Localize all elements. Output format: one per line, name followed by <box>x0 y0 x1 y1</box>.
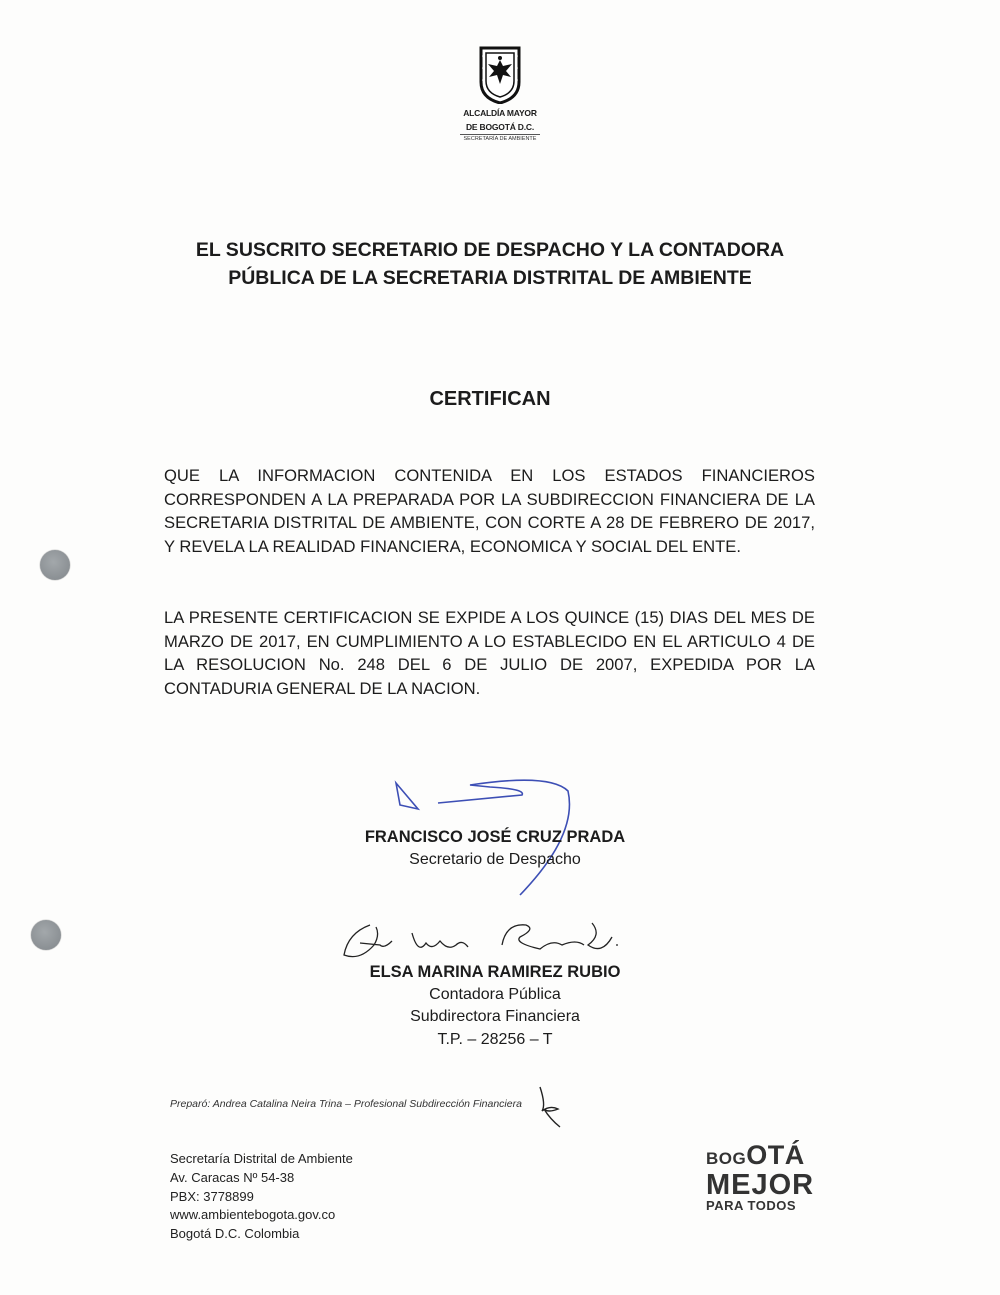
certifican-heading: CERTIFICAN <box>300 388 680 411</box>
signatory-2: ELSA MARINA RAMIREZ RUBIO Contadora Públ… <box>295 961 695 1051</box>
logo-line-3: SECRETARÍA DE AMBIENTE <box>460 134 540 142</box>
punch-hole-bottom <box>31 920 61 950</box>
paragraph-2: LA PRESENTE CERTIFICACION SE EXPIDE A LO… <box>164 606 815 700</box>
signatory-1: FRANCISCO JOSÉ CRUZ PRADA Secretario de … <box>295 826 695 871</box>
brand-small: BOG <box>706 1149 746 1168</box>
signatory-2-role: Contadora Pública <box>295 984 695 1007</box>
paragraph-1: QUE LA INFORMACION CONTENIDA EN LOS ESTA… <box>164 464 815 558</box>
prepared-by: Preparó: Andrea Catalina Neira Trina – P… <box>170 1098 522 1110</box>
signatory-2-license: T.P. – 28256 – T <box>295 1029 695 1052</box>
address-line: Bogotá D.C. Colombia <box>170 1225 353 1244</box>
document-title: EL SUSCRITO SECRETARIO DE DESPACHO Y LA … <box>140 236 840 292</box>
footer-address: Secretaría Distrital de Ambiente Av. Car… <box>170 1150 353 1244</box>
initials-mark <box>536 1085 566 1130</box>
brand-o: O <box>746 1140 768 1170</box>
brand-line-1: BOGOTÁ <box>706 1142 836 1172</box>
title-line-2: PÚBLICA DE LA SECRETARIA DISTRITAL DE AM… <box>140 264 840 292</box>
signatory-2-name: ELSA MARINA RAMIREZ RUBIO <box>295 961 695 984</box>
brand-line-2: MEJOR <box>706 1172 836 1198</box>
signatory-2-role2: Subdirectora Financiera <box>295 1006 695 1029</box>
logo-line-1: ALCALDÍA MAYOR <box>440 108 560 118</box>
signatory-1-name: FRANCISCO JOSÉ CRUZ PRADA <box>295 826 695 849</box>
address-line[interactable]: www.ambientebogota.gov.co <box>170 1206 353 1225</box>
signatory-1-role: Secretario de Despacho <box>295 849 695 872</box>
address-line: Secretaría Distrital de Ambiente <box>170 1150 353 1169</box>
punch-hole-top <box>40 550 70 580</box>
brand-big: TÁ <box>768 1140 805 1170</box>
title-line-1: EL SUSCRITO SECRETARIO DE DESPACHO Y LA … <box>140 236 840 264</box>
logo-line-2: DE BOGOTÁ D.C. <box>440 122 560 132</box>
address-line: Av. Caracas Nº 54-38 <box>170 1169 353 1188</box>
bogota-mejor-logo: BOGOTÁ MEJOR PARA TODOS <box>706 1142 836 1214</box>
address-line: PBX: 3778899 <box>170 1188 353 1207</box>
alcaldia-logo: ALCALDÍA MAYOR DE BOGOTÁ D.C. SECRETARÍA… <box>440 46 560 142</box>
brand-line-3: PARA TODOS <box>706 1198 836 1214</box>
coat-of-arms-icon <box>478 46 522 104</box>
